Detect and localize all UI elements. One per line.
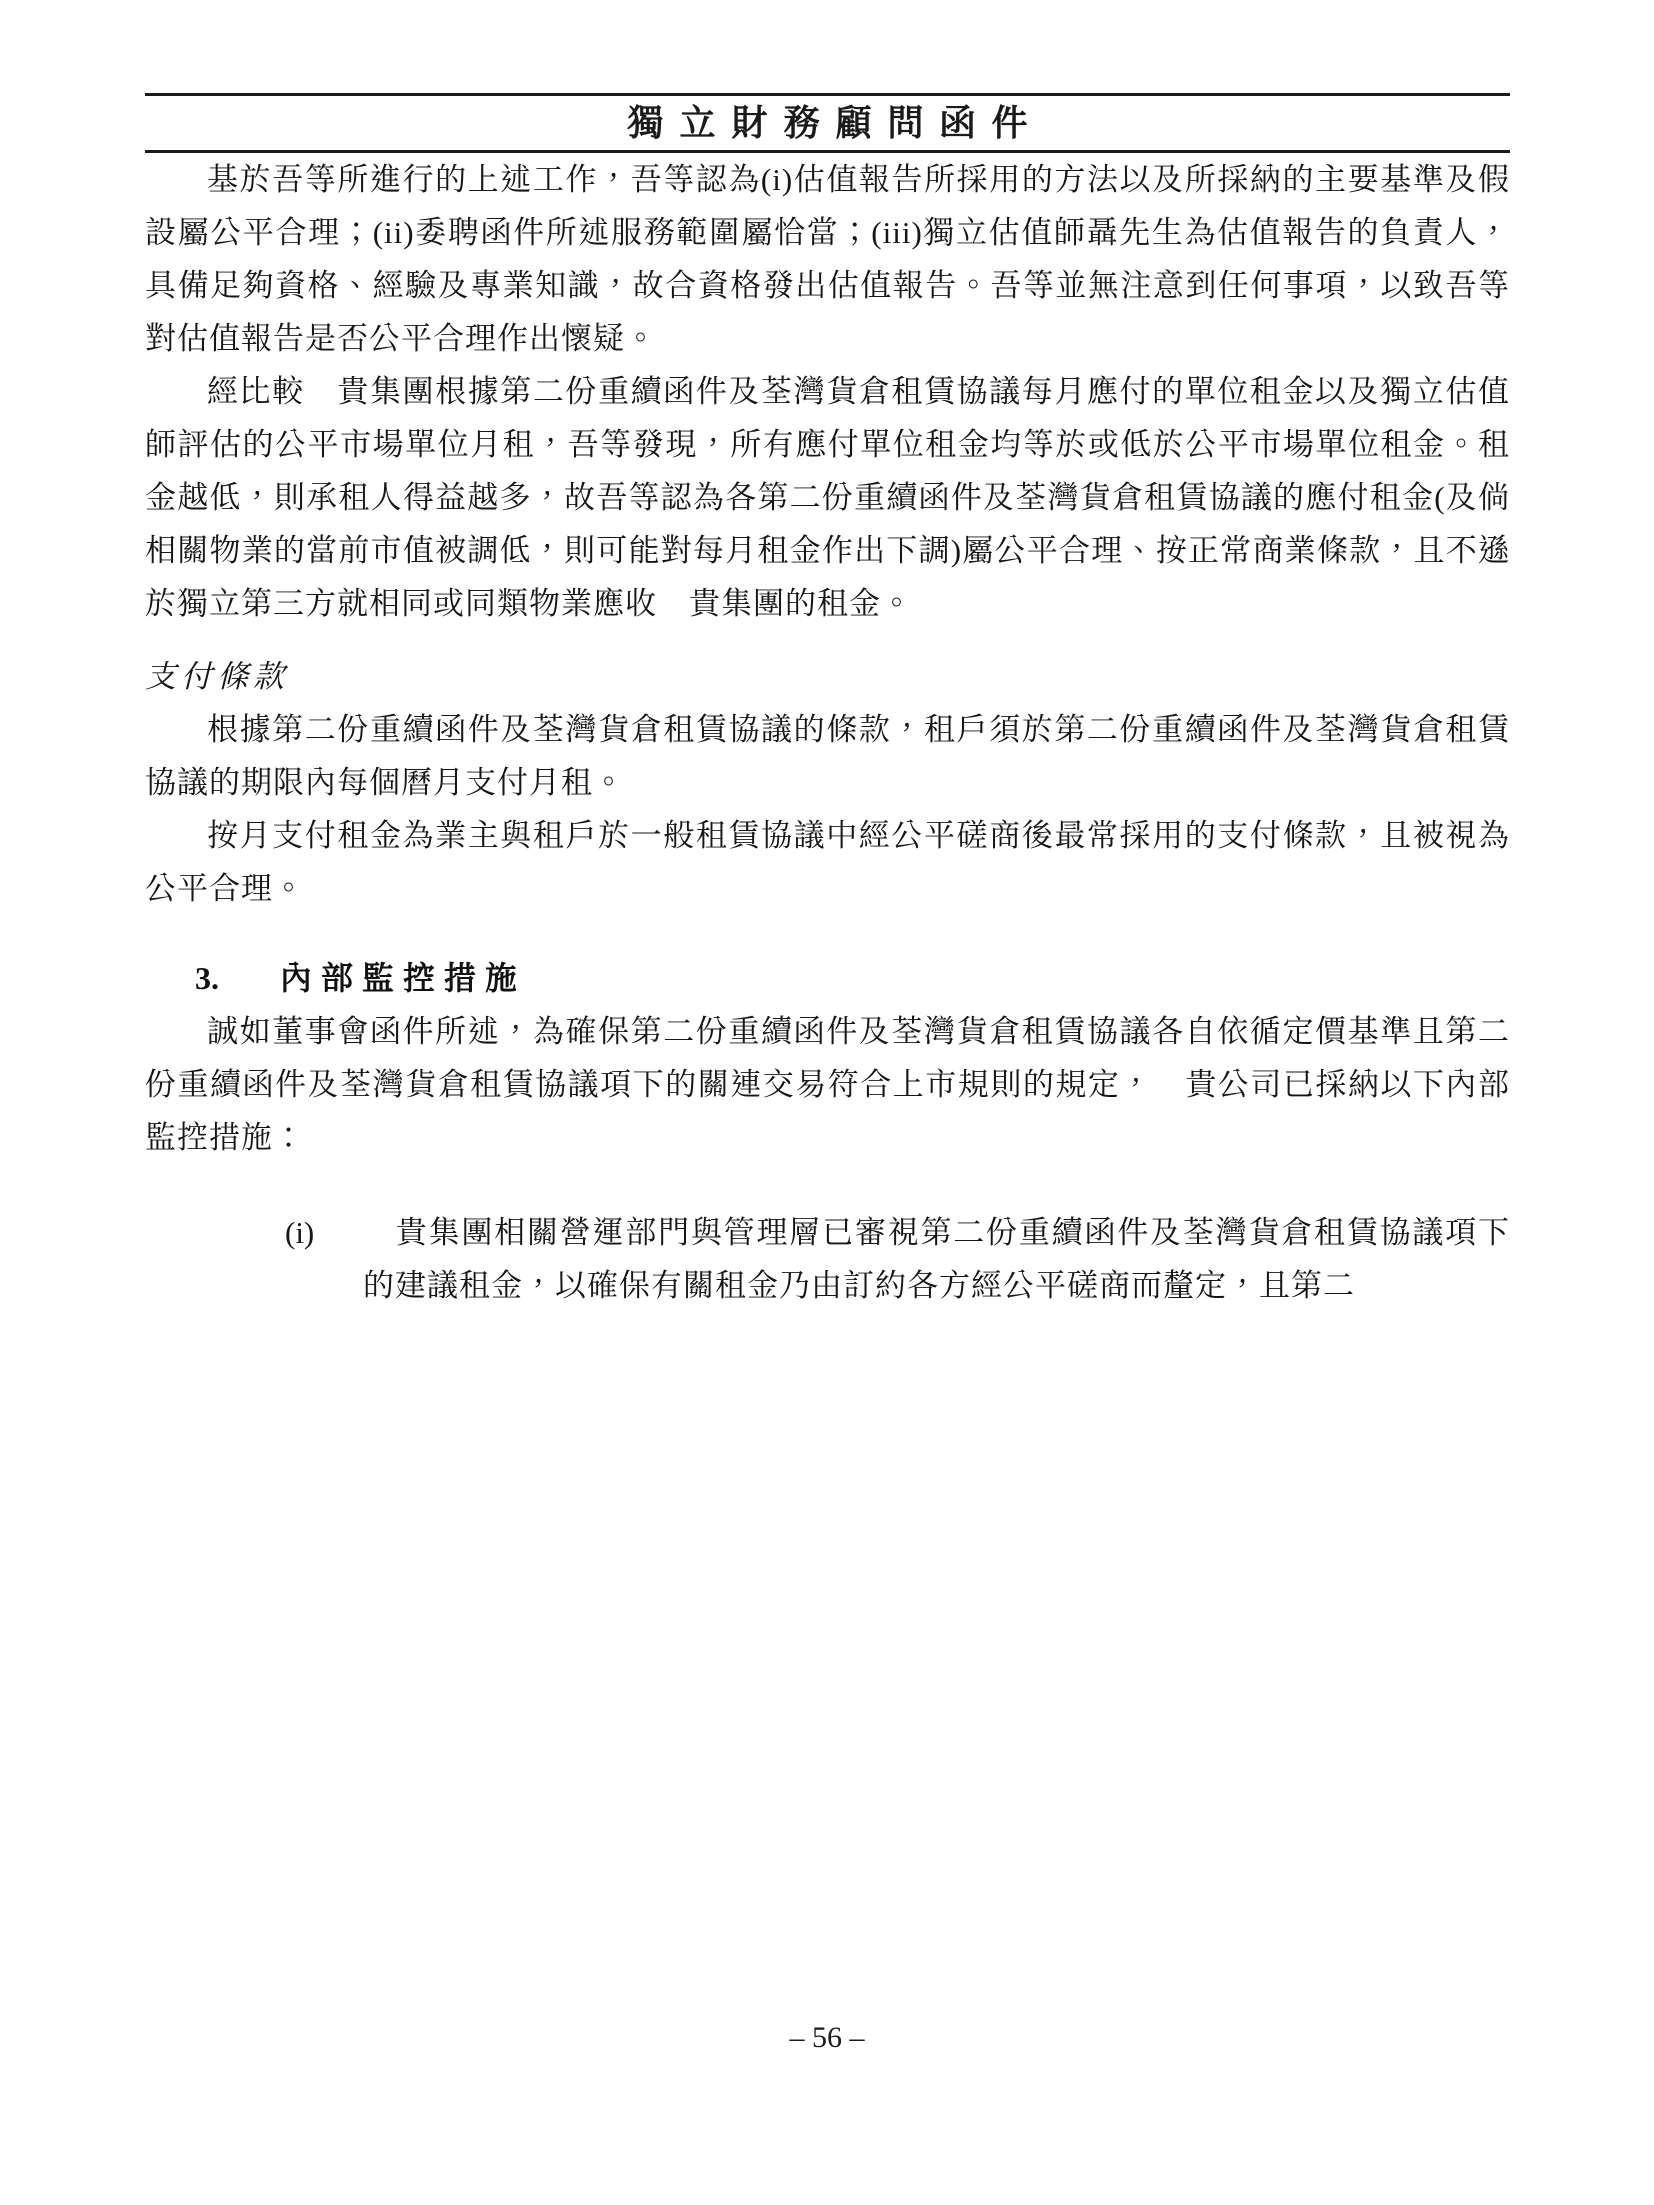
section-heading-internal-controls: 3. 內部監控措施 (145, 951, 1510, 1005)
page-header: 獨立財務顧問函件 (145, 93, 1510, 153)
list-item-i-label: (i) (285, 1206, 314, 1259)
paragraph-payment-terms-1: 根據第二份重續函件及荃灣貨倉租賃協議的條款，租戶須於第二份重續函件及荃灣貨倉租賃… (145, 703, 1510, 809)
paragraph-valuation-conclusion: 基於吾等所進行的上述工作，吾等認為(i)估值報告所採用的方法以及所採納的主要基準… (145, 153, 1510, 365)
page-number: – 56 – (0, 2018, 1654, 2058)
list-item-i-text: 貴集團相關營運部門與管理層已審視第二份重續函件及荃灣貨倉租賃協議項下的建議租金，… (363, 1206, 1510, 1312)
page-title: 獨立財務顧問函件 (145, 96, 1510, 150)
paragraph-internal-controls-intro: 誠如董事會函件所述，為確保第二份重續函件及荃灣貨倉租賃協議各自依循定價基準且第二… (145, 1005, 1510, 1164)
section-number: 3. (195, 951, 280, 1005)
paragraph-rent-comparison: 經比較 貴集團根據第二份重續函件及荃灣貨倉租賃協議每月應付的單位租金以及獨立估值… (145, 365, 1510, 630)
heading-payment-terms: 支付條款 (145, 650, 1510, 703)
section-title: 內部監控措施 (280, 951, 526, 1005)
document-body: 基於吾等所進行的上述工作，吾等認為(i)估值報告所採用的方法以及所採納的主要基準… (145, 153, 1510, 1312)
paragraph-payment-terms-2: 按月支付租金為業主與租戶於一般租賃協議中經公平磋商後最常採用的支付條款，且被視為… (145, 809, 1510, 915)
document-page: 獨立財務顧問函件 基於吾等所進行的上述工作，吾等認為(i)估值報告所採用的方法以… (0, 0, 1654, 2205)
list-item-i: (i) 貴集團相關營運部門與管理層已審視第二份重續函件及荃灣貨倉租賃協議項下的建… (145, 1206, 1510, 1312)
